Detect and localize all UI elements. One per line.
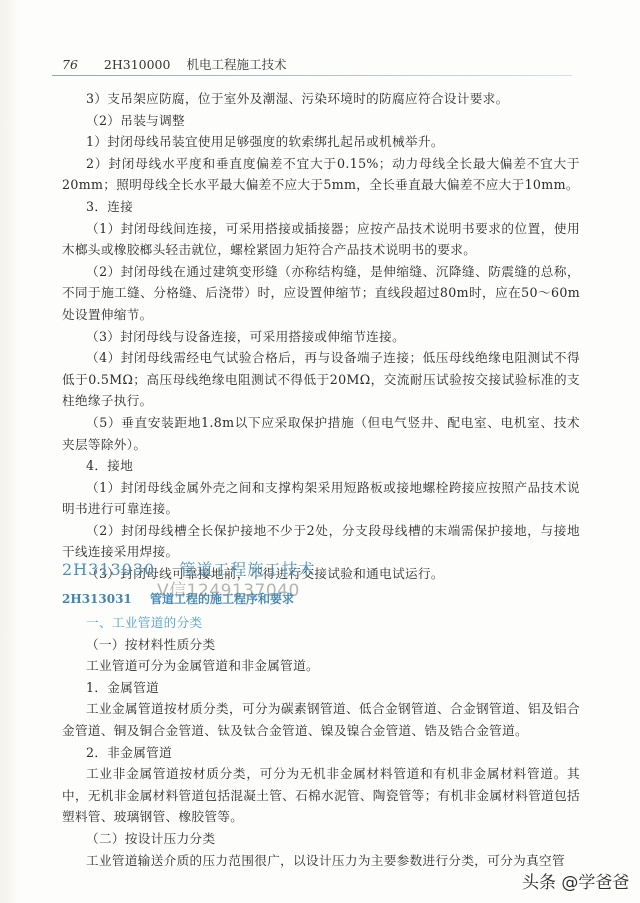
paragraph: 1．金属管道 bbox=[62, 677, 580, 699]
paragraph: （1）封闭母线金属外壳之间和支撑构架采用短路板或接地螺栓跨接应按照产品技术说明书… bbox=[62, 477, 580, 520]
paragraph: （1）封闭母线间连接，可采用搭接或插接器；应按产品技术说明书要求的位置，使用木榔… bbox=[62, 218, 580, 261]
paragraph: 3．连接 bbox=[62, 196, 580, 218]
paragraph: 1）封闭母线吊装宜使用足够强度的软索绑扎起吊或机械举升。 bbox=[62, 131, 580, 153]
document-page: 76 2H310000 机电工程施工技术 3）支吊架应防腐，位于室外及潮湿、污染… bbox=[0, 0, 640, 903]
paragraph: （4）封闭母线需经电气试验合格后，再与设备端子连接；低压母线绝缘电阻测试不得低于… bbox=[62, 347, 580, 412]
paragraph: 4．接地 bbox=[62, 455, 580, 477]
section-code: 2H313030 bbox=[62, 560, 155, 579]
paragraph: 3）支吊架应防腐，位于室外及潮湿、污染环境时的防腐应符合设计要求。 bbox=[62, 88, 580, 110]
chapter-code: 2H310000 bbox=[104, 57, 171, 72]
subsection-code: 2H313031 bbox=[62, 592, 132, 606]
section-subheading: 一、工业管道的分类 bbox=[62, 612, 580, 634]
body-text-top: 3）支吊架应防腐，位于室外及潮湿、污染环境时的防腐应符合设计要求。（2）吊装与调… bbox=[62, 88, 580, 585]
paragraph: 2．非金属管道 bbox=[62, 742, 580, 764]
body-text-bottom: 一、工业管道的分类（一）按材料性质分类工业管道可分为金属管道和非金属管道。1．金… bbox=[62, 612, 580, 871]
paragraph: （3）封闭母线与设备连接，可采用搭接或伸缩节连接。 bbox=[62, 326, 580, 348]
chapter-title: 机电工程施工技术 bbox=[186, 57, 286, 72]
paragraph: （2）封闭母线在通过建筑变形缝（亦称结构缝，是伸缩缝、沉降缝、防震缝的总称，不同… bbox=[62, 261, 580, 326]
paragraph: （二）按设计压力分类 bbox=[62, 828, 580, 850]
binding-shadow bbox=[0, 0, 22, 903]
paragraph: 2）封闭母线水平度和垂直度偏差不宜大于0.15%；动力母线全长最大偏差不宜大于2… bbox=[62, 153, 580, 196]
running-header: 76 2H310000 机电工程施工技术 bbox=[62, 55, 286, 73]
paragraph: （一）按材料性质分类 bbox=[62, 634, 580, 656]
paragraph: 工业管道可分为金属管道和非金属管道。 bbox=[62, 655, 580, 677]
page-number: 76 bbox=[62, 57, 78, 72]
paragraph: （2）吊装与调整 bbox=[62, 110, 580, 132]
paragraph: 工业非金属管道按材质分类，可分为无机非金属材料管道和有机非金属材料管道。其中，无… bbox=[62, 763, 580, 828]
paragraph: （5）垂直安装距地1.8m以下应采取保护措施（但电气竖井、配电室、电机室、技术夹… bbox=[62, 412, 580, 455]
overlay-watermark: V信1249137040 bbox=[157, 576, 300, 601]
header-rule bbox=[52, 75, 572, 76]
source-watermark: 头条 @学爸爸 bbox=[522, 868, 629, 893]
paragraph: 工业金属管道按材质分类，可分为碳素钢管道、低合金钢管道、合金钢管道、铝及铝合金管… bbox=[62, 698, 580, 741]
paragraph: 工业管道输送介质的压力范围很广，以设计压力为主要参数进行分类，可分为真空管 bbox=[62, 850, 580, 872]
